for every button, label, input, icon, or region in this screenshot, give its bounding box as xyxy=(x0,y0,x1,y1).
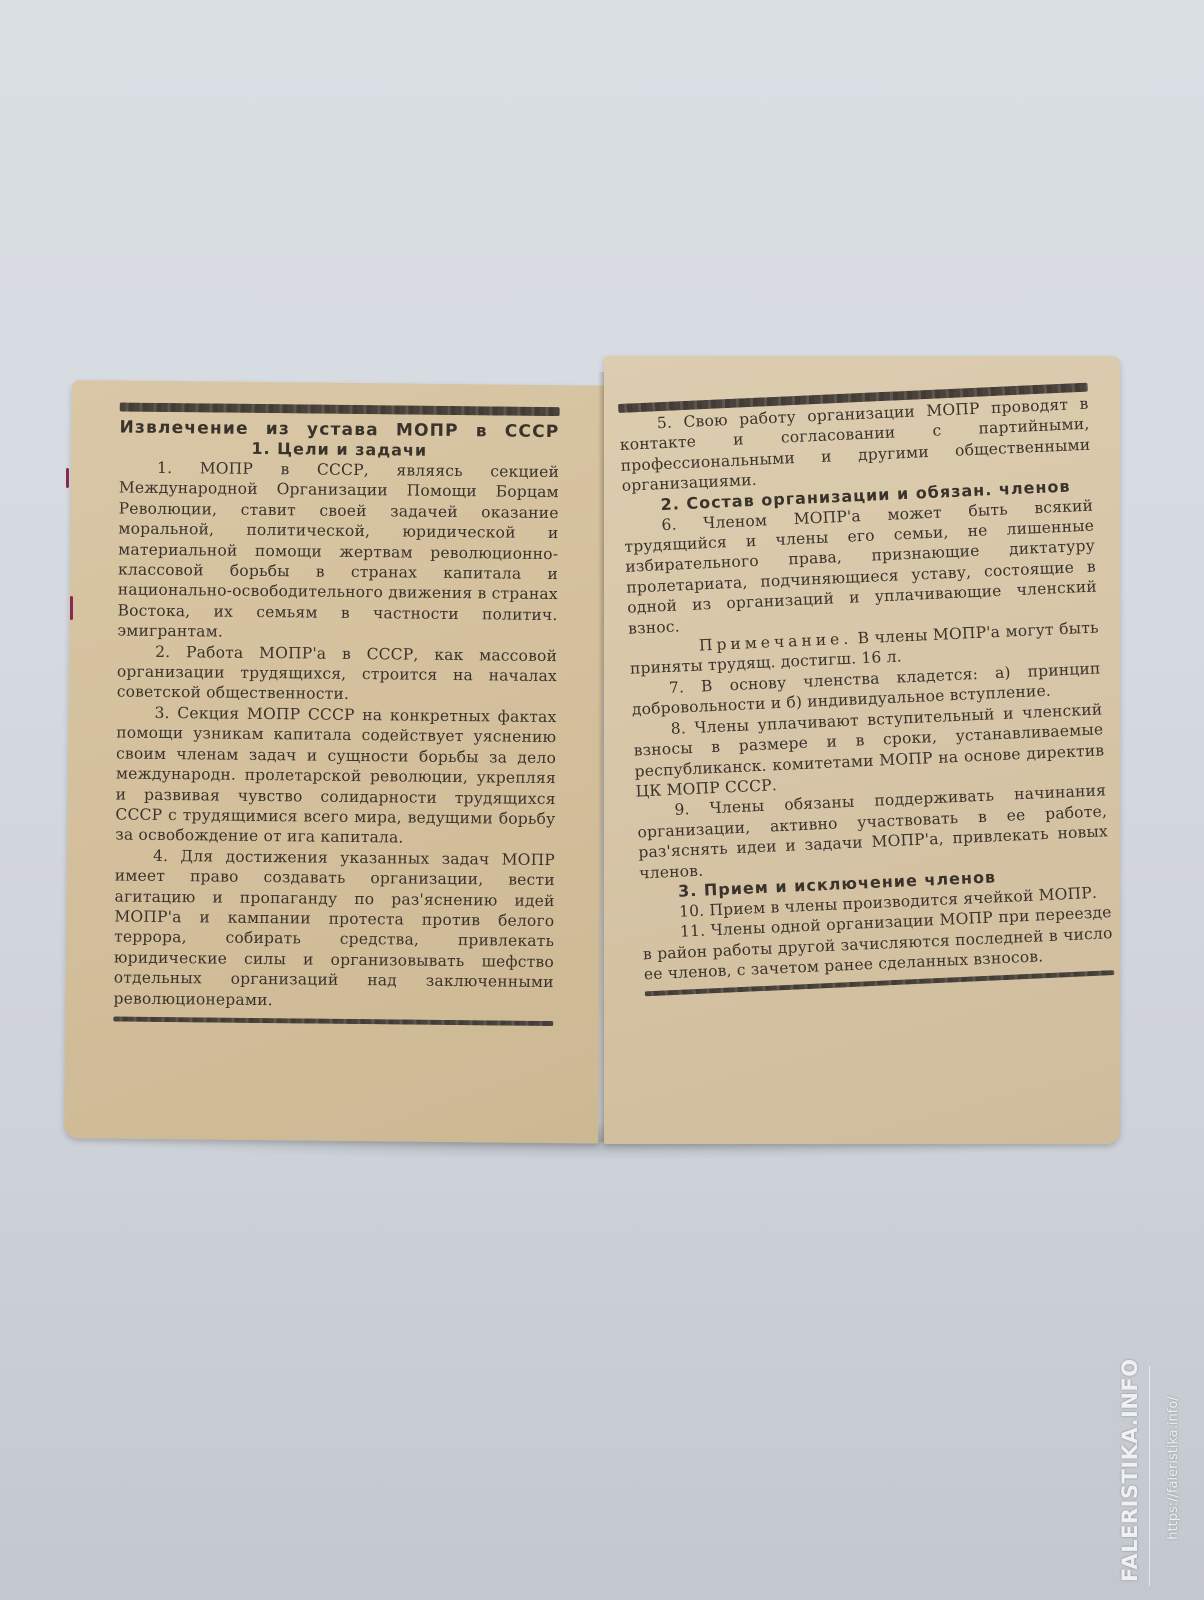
paragraph-3: 3. Секция МОПР СССР на конкретных фактах… xyxy=(115,702,556,849)
left-page: Извлечение из устава МОПР в СССР 1. Цели… xyxy=(64,380,606,1144)
paragraph-4: 4. Для достижения указанных задач МОПР и… xyxy=(113,845,555,1013)
paragraph-1: 1. МОПР в СССР, являясь секцией Междунар… xyxy=(117,457,559,645)
bottom-rule-left xyxy=(113,1016,553,1026)
watermark-title: FALERISTIKA.INFO xyxy=(1118,1362,1146,1582)
left-page-content: Извлечение из устава МОПР в СССР 1. Цели… xyxy=(113,403,559,1027)
right-page-content: 5. Свою работу организации МОПР проводят… xyxy=(618,383,1114,996)
paragraph-2: 2. Работа МОПР'а в СССР, как массовой ор… xyxy=(117,641,558,707)
watermark: FALERISTIKA.INFO https://faleristika.inf… xyxy=(1100,1366,1160,1586)
binding-thread xyxy=(70,596,73,620)
right-page: 5. Свою работу организации МОПР проводят… xyxy=(604,356,1120,1144)
watermark-url: https://faleristika.info/ xyxy=(1166,1358,1186,1578)
binding-thread xyxy=(66,468,69,488)
top-rule-left xyxy=(120,403,560,417)
watermark-divider xyxy=(1149,1366,1150,1586)
paragraph-6: 6. Членом МОПР'а может быть всякий трудя… xyxy=(623,495,1098,639)
